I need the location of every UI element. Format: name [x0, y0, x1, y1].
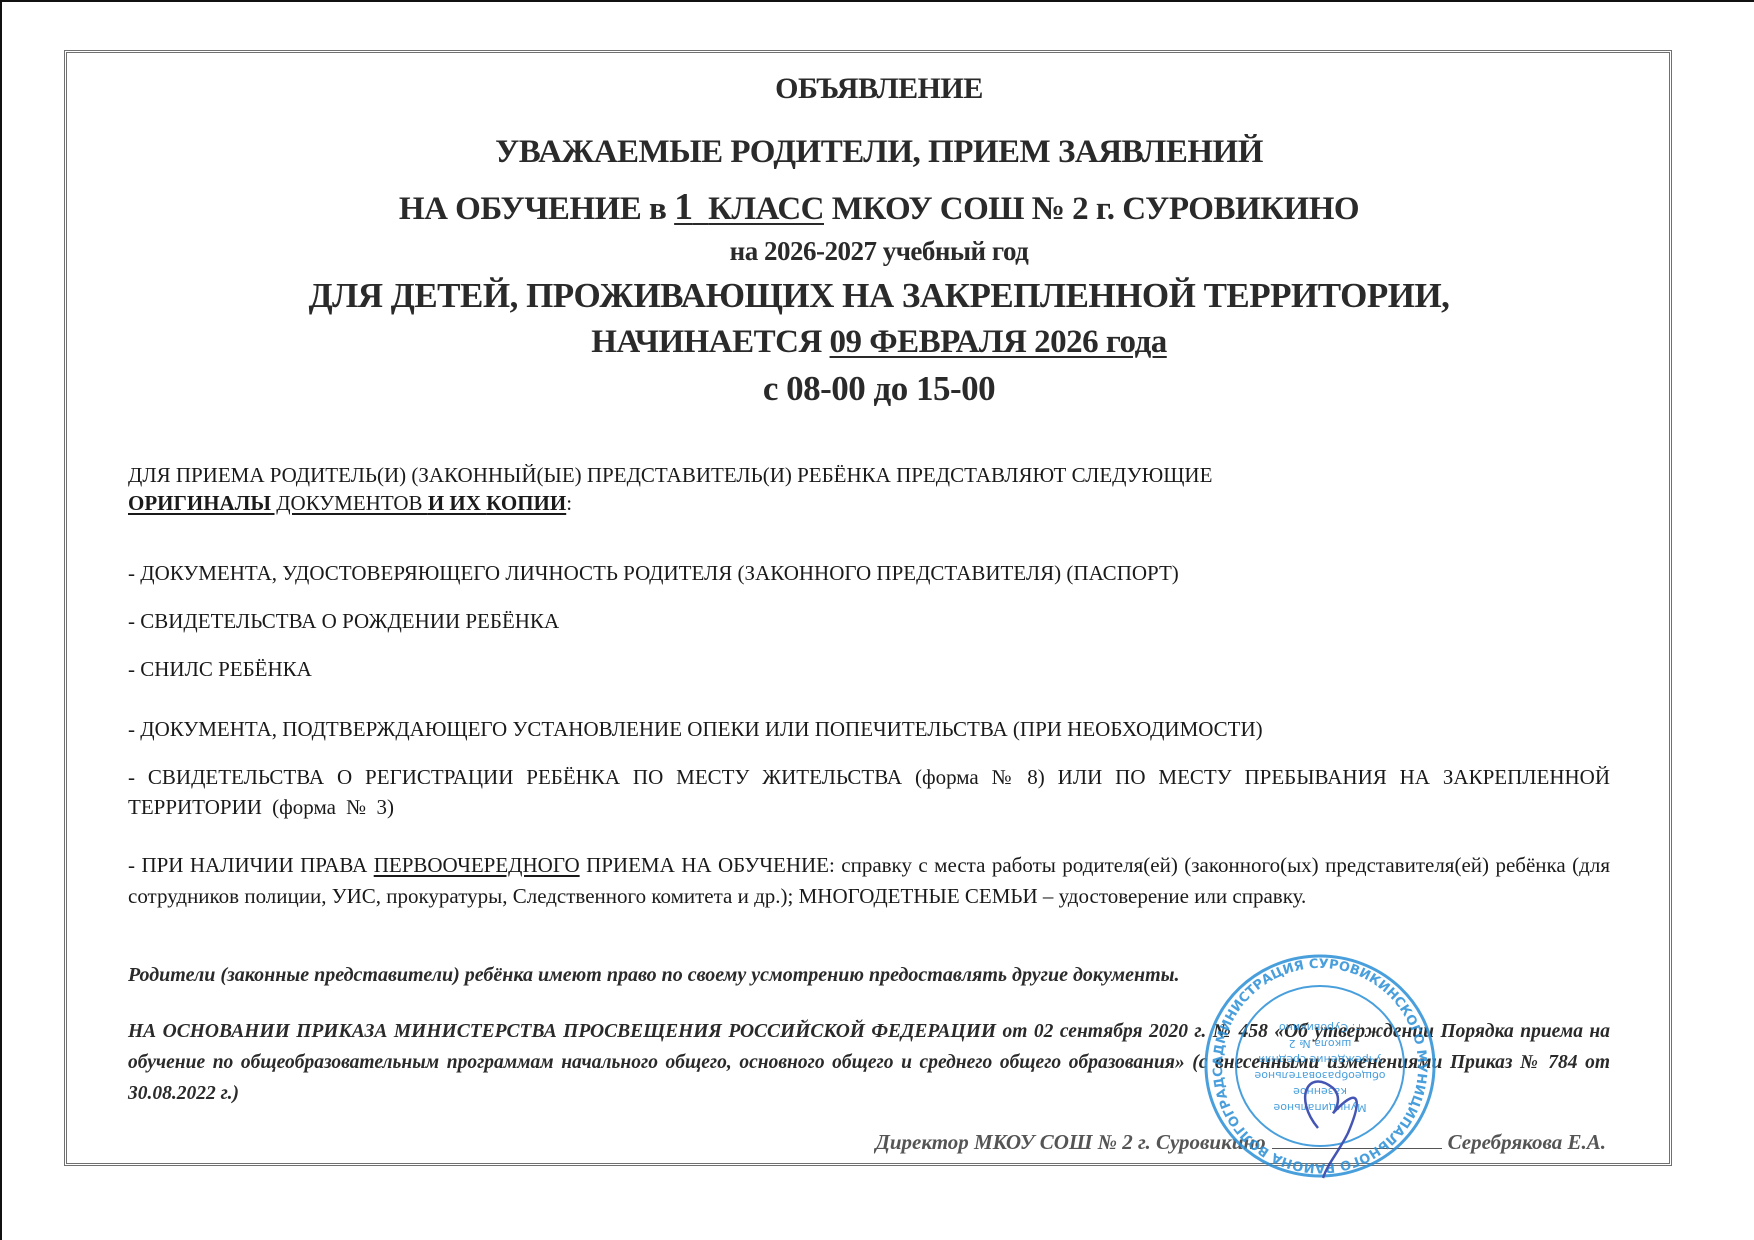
originals-label: ОРИГИНАЛЫ: [128, 491, 271, 515]
heading-line-2-prefix: НА ОБУЧЕНИЕ в: [399, 191, 674, 227]
colon: :: [566, 491, 572, 515]
documents-label: ДОКУМЕНТОВ: [271, 491, 428, 515]
signature-block: Директор МКОУ СОШ № 2 г. СуровикиноСереб…: [875, 1130, 1606, 1155]
heading-line-2: НА ОБУЧЕНИЕ в 1 КЛАСС МКОУ СОШ № 2 г. СУ…: [2, 185, 1754, 229]
and-their-label: И ИХ: [428, 491, 486, 515]
list-item: - ДОКУМЕНТА, ПОДТВЕРЖДАЮЩЕГО УСТАНОВЛЕНИ…: [128, 714, 1610, 744]
legal-basis: НА ОСНОВАНИИ ПРИКАЗА МИНИСТЕРСТВА ПРОСВЕ…: [128, 1016, 1610, 1109]
list-item: - СНИЛС РЕБЁНКА: [128, 654, 1610, 684]
heading-line-4: ДЛЯ ДЕТЕЙ, ПРОЖИВАЮЩИХ НА ЗАКРЕПЛЕННОЙ Т…: [2, 276, 1754, 316]
intro-line: ДЛЯ ПРИЕМА РОДИТЕЛЬ(И) (ЗАКОННЫЙ(ЫЕ) ПРЕ…: [128, 463, 1212, 487]
list-item: - СВИДЕТЕЛЬСТВА О РОЖДЕНИИ РЕБЁНКА: [128, 606, 1610, 636]
intro-line-2: ОРИГИНАЛЫ ДОКУМЕНТОВ И ИХ КОПИИ:: [128, 489, 1610, 517]
working-hours: с 08-00 до 15-00: [2, 369, 1754, 409]
copies-label: КОПИИ: [486, 491, 566, 515]
school-year: на 2026-2027 учебный год: [2, 236, 1754, 267]
heading-line-2-suffix: МКОУ СОШ № 2 г. СУРОВИКИНО: [824, 191, 1359, 227]
heading-line-1: УВАЖАЕМЫЕ РОДИТЕЛИ, ПРИЕМ ЗАЯВЛЕНИЙ: [2, 134, 1754, 171]
priority-list-item: - ПРИ НАЛИЧИИ ПРАВА ПЕРВООЧЕРЕДНОГО ПРИЕ…: [128, 850, 1610, 912]
class-number-value: 1: [674, 186, 693, 228]
start-date: 09 ФЕВРАЛЯ 2026 года: [830, 324, 1167, 360]
class-word: КЛАСС: [708, 191, 824, 227]
document-title: ОБЪЯВЛЕНИЕ: [2, 72, 1754, 106]
class-number: 1 КЛАСС: [674, 191, 824, 227]
start-date-line: НАЧИНАЕТСЯ 09 ФЕВРАЛЯ 2026 года: [2, 324, 1754, 361]
documents-intro: ДЛЯ ПРИЕМА РОДИТЕЛЬ(И) (ЗАКОННЫЙ(ЫЕ) ПРЕ…: [128, 461, 1610, 517]
list-item: - СВИДЕТЕЛЬСТВА О РЕГИСТРАЦИИ РЕБЁНКА ПО…: [128, 762, 1610, 822]
signatory-position: Директор МКОУ СОШ № 2 г. Суровикино: [875, 1130, 1265, 1154]
signature-line: [1272, 1130, 1442, 1149]
priority-keyword: ПЕРВООЧЕРЕДНОГО: [374, 853, 580, 877]
signatory-name: Серебрякова Е.А.: [1448, 1130, 1606, 1154]
priority-prefix: - ПРИ НАЛИЧИИ ПРАВА: [128, 853, 374, 877]
list-item: - ДОКУМЕНТА, УДОСТОВЕРЯЮЩЕГО ЛИЧНОСТЬ РО…: [128, 558, 1610, 588]
start-label: НАЧИНАЕТСЯ: [591, 324, 829, 360]
parents-rights-note: Родители (законные представители) ребёнк…: [128, 964, 1610, 987]
